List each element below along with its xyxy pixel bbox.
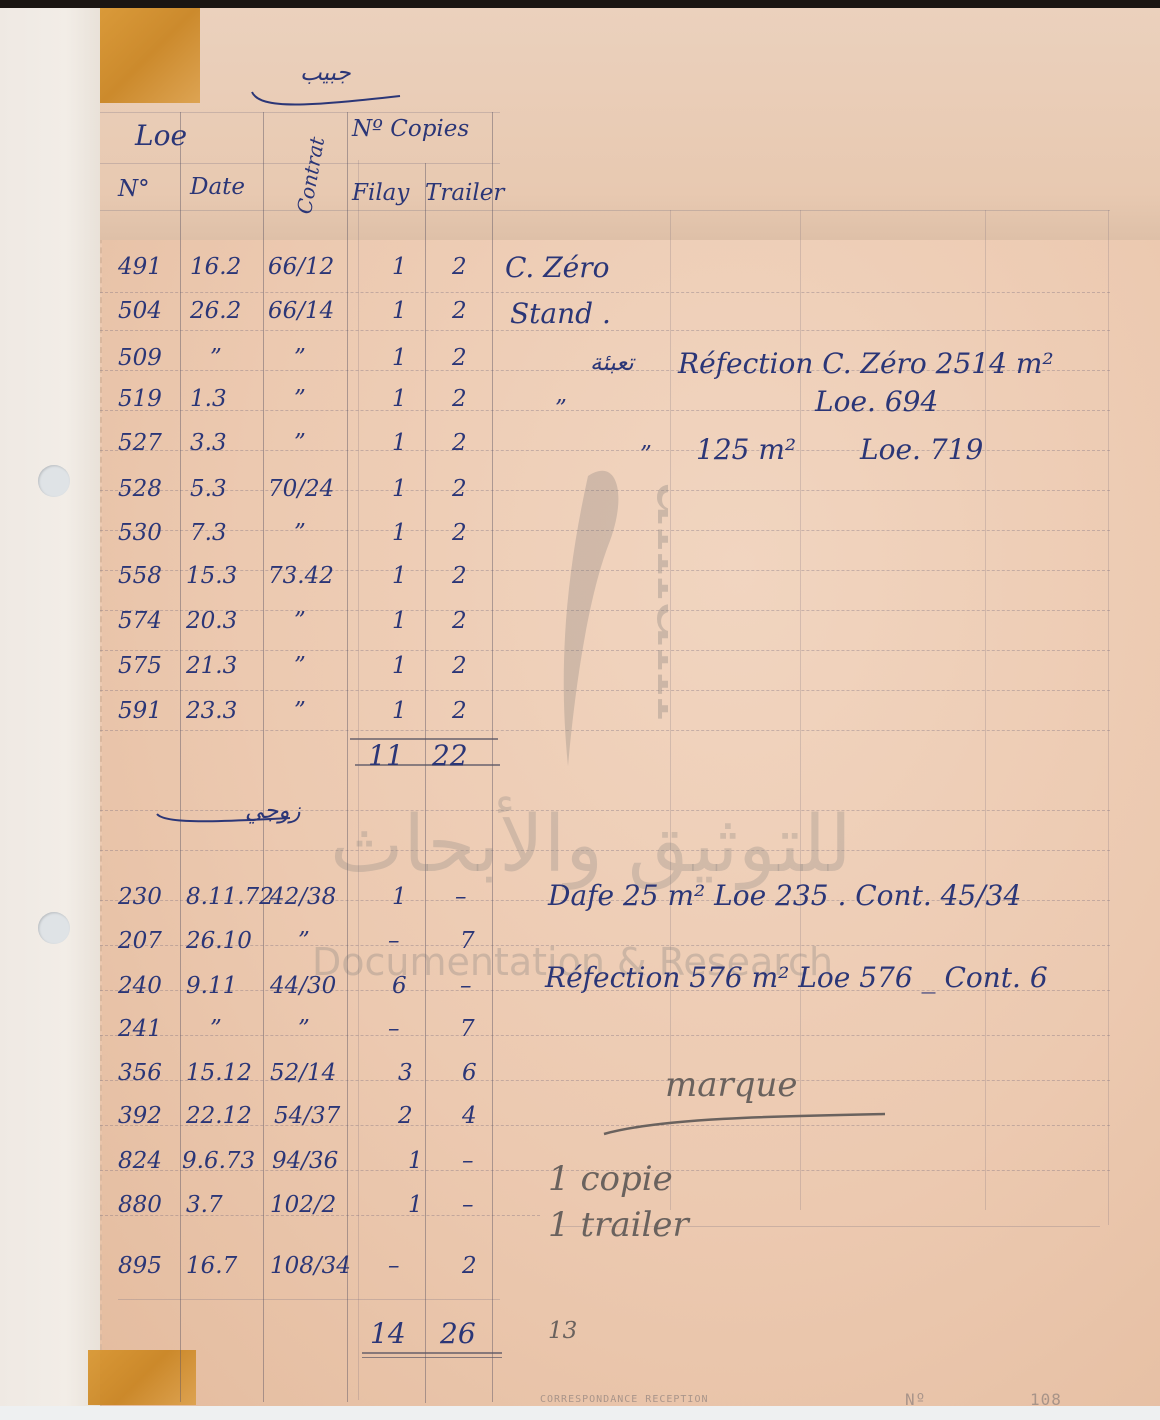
- cell-trailer: 2: [452, 432, 467, 455]
- cell-date: 16.7: [186, 1255, 237, 1278]
- note-refection-c-zero: Réfection C. Zéro 2514 m²: [678, 350, 1054, 378]
- cell-trailer: 7: [460, 1018, 475, 1041]
- table-row: 530 7.3 ” 1 2: [0, 522, 1160, 556]
- cell-no: 574: [118, 610, 162, 633]
- cell-trailer: 7: [460, 930, 475, 953]
- cell-trailer: 2: [452, 700, 467, 723]
- cell-date: 3.3: [190, 432, 227, 455]
- cell-date: ”: [210, 347, 222, 370]
- folded-top-flap: [100, 8, 1160, 240]
- column-header-loe: Loe: [135, 122, 187, 150]
- cell-trailer: –: [462, 1194, 474, 1217]
- cell-no: 558: [118, 565, 162, 588]
- cell-date: 22.12: [186, 1105, 252, 1128]
- cell-no: 519: [118, 388, 162, 411]
- cell-filay: 1: [392, 478, 407, 501]
- cell-date: 20.3: [186, 610, 237, 633]
- cell-filay: 3: [398, 1062, 413, 1085]
- cell-trailer: –: [462, 1150, 474, 1173]
- cell-contrat: 108/34: [270, 1255, 351, 1278]
- cell-contrat: 42/38: [270, 886, 336, 909]
- printed-number-label: Nº: [905, 1390, 926, 1409]
- cell-date: 21.3: [186, 655, 237, 678]
- scan-bottom-edge: [0, 1406, 1160, 1420]
- cell-no: 591: [118, 700, 162, 723]
- note-loe-694: Loe. 694: [815, 388, 938, 416]
- cell-no: 530: [118, 522, 162, 545]
- cell-trailer: 2: [452, 478, 467, 501]
- table-row: 356 15.12 52/14 3 6: [0, 1062, 1160, 1096]
- note-dafe: Dafe 25 m² Loe 235 . Cont. 45/34: [548, 882, 1021, 910]
- cell-filay: 1: [392, 522, 407, 545]
- cell-contrat: ”: [298, 1018, 310, 1041]
- total-trailer: 26: [440, 1320, 476, 1348]
- cell-date: 8.11.72: [186, 886, 274, 909]
- table-row: 527 3.3 ” 1 2: [0, 432, 1160, 466]
- cell-filay: 1: [392, 388, 407, 411]
- cell-trailer: 6: [462, 1062, 477, 1085]
- total-filay: 11: [368, 742, 404, 770]
- table-row: 591 23.3 ” 1 2: [0, 700, 1160, 734]
- scan-top-edge: [0, 0, 1160, 8]
- cell-filay: 1: [392, 347, 407, 370]
- cell-trailer: 2: [452, 522, 467, 545]
- cell-date: 7.3: [190, 522, 227, 545]
- table-row: 207 26.10 ” – 7: [0, 930, 1160, 964]
- printed-number-value: 108: [1030, 1390, 1062, 1409]
- note-stand: Stand .: [510, 300, 611, 328]
- cell-date: 3.7: [186, 1194, 223, 1217]
- printed-form-label: CORRESPONDANCE RECEPTION: [540, 1394, 709, 1405]
- note-loe-719: Loe. 719: [860, 436, 983, 464]
- cell-contrat: 54/37: [274, 1105, 340, 1128]
- cell-trailer: 2: [452, 388, 467, 411]
- column-header-copies: Nº Copies: [352, 118, 469, 141]
- underline-stroke-icon: [250, 80, 410, 110]
- cell-filay: 1: [392, 610, 407, 633]
- cell-contrat: ”: [294, 700, 306, 723]
- cell-filay: 6: [392, 975, 407, 998]
- column-header-date: Date: [190, 176, 245, 199]
- cell-filay: 2: [398, 1105, 413, 1128]
- column-header-filay: Filay: [352, 182, 409, 205]
- cell-contrat: 66/12: [268, 256, 334, 279]
- cell-no: 509: [118, 347, 162, 370]
- cell-contrat: 44/30: [270, 975, 336, 998]
- cell-filay: 1: [392, 655, 407, 678]
- table-row: 575 21.3 ” 1 2: [0, 655, 1160, 689]
- total-trailer: 22: [432, 742, 468, 770]
- cell-no: 528: [118, 478, 162, 501]
- cell-filay: 1: [392, 886, 407, 909]
- pencil-note-marque: marque: [665, 1068, 798, 1102]
- note-125m2: 125 m²: [696, 436, 796, 464]
- cell-trailer: 2: [462, 1255, 477, 1278]
- column-header-no: N°: [118, 178, 150, 201]
- cell-date: 23.3: [186, 700, 237, 723]
- table-row: 558 15.3 73.42 1 2: [0, 565, 1160, 599]
- totals-row: 11 22: [0, 742, 1160, 776]
- cell-no: 230: [118, 886, 162, 909]
- cell-filay: 1: [392, 300, 407, 323]
- cell-date: 5.3: [190, 478, 227, 501]
- cell-contrat: ”: [294, 388, 306, 411]
- cell-date: 9.11: [186, 975, 237, 998]
- cell-no: 240: [118, 975, 162, 998]
- cell-filay: 1: [408, 1194, 423, 1217]
- total-filay: 14: [370, 1320, 406, 1348]
- cell-no: 880: [118, 1194, 162, 1217]
- cell-contrat: ”: [294, 432, 306, 455]
- cell-no: 392: [118, 1105, 162, 1128]
- cell-contrat: ”: [294, 655, 306, 678]
- cell-date: 15.3: [186, 565, 237, 588]
- cell-trailer: 2: [452, 347, 467, 370]
- cell-no: 356: [118, 1062, 162, 1085]
- cell-trailer: 2: [452, 300, 467, 323]
- cell-filay: –: [388, 1255, 400, 1278]
- cell-contrat: ”: [294, 347, 306, 370]
- cell-contrat: 66/14: [268, 300, 334, 323]
- ditto-mark: ”: [555, 398, 567, 421]
- cell-contrat: 94/36: [272, 1150, 338, 1173]
- cell-date: 26.10: [186, 930, 252, 953]
- cell-trailer: 4: [462, 1105, 477, 1128]
- pencil-note-copie: 1 copie: [548, 1162, 673, 1196]
- cell-filay: 1: [408, 1150, 423, 1173]
- cell-filay: –: [388, 930, 400, 953]
- cell-no: 207: [118, 930, 162, 953]
- table-row: 528 5.3 70/24 1 2: [0, 478, 1160, 512]
- table-row: 574 20.3 ” 1 2: [0, 610, 1160, 644]
- cell-trailer: 2: [452, 655, 467, 678]
- cell-no: 895: [118, 1255, 162, 1278]
- cell-trailer: 2: [452, 565, 467, 588]
- cell-filay: 1: [392, 256, 407, 279]
- cell-trailer: 2: [452, 256, 467, 279]
- cell-no: 527: [118, 432, 162, 455]
- cell-contrat: 52/14: [270, 1062, 336, 1085]
- underline-stroke-icon: [155, 810, 295, 830]
- cell-date: 15.12: [186, 1062, 252, 1085]
- cell-contrat: ”: [294, 522, 306, 545]
- cell-filay: 1: [392, 432, 407, 455]
- adhesive-tape-top: [100, 8, 200, 103]
- table-row: 895 16.7 108/34 – 2: [0, 1255, 1160, 1289]
- cell-filay: 1: [392, 700, 407, 723]
- cell-trailer: –: [460, 975, 472, 998]
- cell-filay: –: [388, 1018, 400, 1041]
- cell-no: 491: [118, 256, 162, 279]
- cell-date: 1.3: [190, 388, 227, 411]
- note-c-zero: C. Zéro: [505, 254, 610, 282]
- cell-no: 575: [118, 655, 162, 678]
- cell-no: 241: [118, 1018, 162, 1041]
- cell-contrat: 70/24: [268, 478, 334, 501]
- cell-date: ”: [210, 1018, 222, 1041]
- note-arabic-label: تعبئة: [590, 352, 634, 375]
- side-total: 13: [548, 1320, 577, 1343]
- totals-row: 14 26 13: [0, 1320, 1160, 1354]
- table-row: 519 1.3 ” 1 2: [0, 388, 1160, 422]
- pencil-note-trailer: 1 trailer: [548, 1208, 689, 1242]
- note-refection-576: Réfection 576 m² Loe 576 _ Cont. 6: [545, 964, 1048, 992]
- table-row: 241 ” ” – 7: [0, 1018, 1160, 1052]
- cell-contrat: 102/2: [270, 1194, 336, 1217]
- cell-date: 26.2: [190, 300, 241, 323]
- watermark-arabic: للتوثيق والأبحاث: [330, 800, 852, 890]
- cell-no: 504: [118, 300, 162, 323]
- table-row: 392 22.12 54/37 2 4: [0, 1105, 1160, 1139]
- cell-trailer: 2: [452, 610, 467, 633]
- cell-contrat: 73.42: [268, 565, 334, 588]
- cell-date: 16.2: [190, 256, 241, 279]
- cell-date: 9.6.73: [182, 1150, 255, 1173]
- cell-filay: 1: [392, 565, 407, 588]
- column-header-trailer: Trailer: [425, 182, 504, 205]
- cell-trailer: –: [455, 886, 467, 909]
- pencil-underline-icon: [600, 1108, 890, 1138]
- cell-contrat: ”: [298, 930, 310, 953]
- cell-no: 824: [118, 1150, 162, 1173]
- ditto-mark: ”: [640, 444, 652, 467]
- cell-contrat: ”: [294, 610, 306, 633]
